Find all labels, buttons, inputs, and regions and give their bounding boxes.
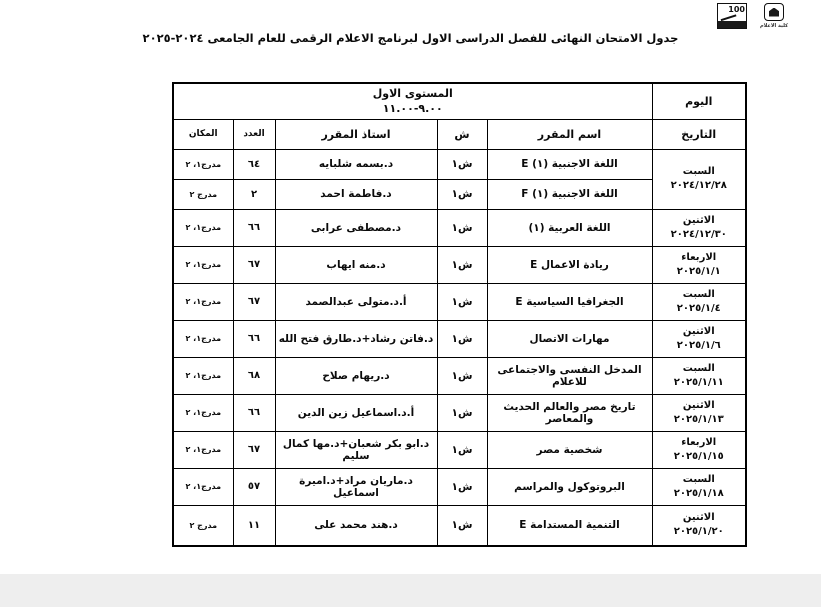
place-cell: مدرج١، ٢ (173, 209, 233, 246)
date-value: ٢٠٢٥/١/١ (655, 265, 744, 279)
course-cell: ريادة الاعمال E (487, 246, 652, 283)
exam-schedule-table: اليوم المستوى الاول ٩.٠٠-١١.٠٠ التاريخ ا… (172, 82, 747, 547)
place-cell: مدرج١، ٢ (173, 320, 233, 357)
count-cell: ٦٦ (233, 209, 275, 246)
count-header: العدد (233, 119, 275, 149)
day-name: الاثنين (655, 511, 744, 525)
date-cell: الاربعاء ٢٠٢٥/١/١٥ (652, 431, 746, 468)
place-cell: مدرج١، ٢ (173, 283, 233, 320)
faculty-emblem-building-icon (769, 8, 779, 17)
date-value: ٢٠٢٥/١/١٣ (655, 413, 744, 427)
professor-cell: د.منه ايهاب (275, 246, 437, 283)
table-row: السبت ٢٠٢٥/١/١١ المدخل النفسى والاجتماعى… (173, 357, 746, 394)
section-cell: ش١ (437, 209, 487, 246)
count-cell: ٢ (233, 179, 275, 209)
professor-cell: أ.د.متولى عبدالصمد (275, 283, 437, 320)
place-cell: مدرج١، ٢ (173, 149, 233, 179)
date-cell: الاثنين ٢٠٢٥/١/٦ (652, 320, 746, 357)
day-name: السبت (655, 473, 744, 487)
day-name: الاثنين (655, 399, 744, 413)
table-row: الاربعاء ٢٠٢٥/١/١ ريادة الاعمال E ش١ د.م… (173, 246, 746, 283)
section-cell: ش١ (437, 149, 487, 179)
section-cell: ش١ (437, 320, 487, 357)
date-value: ٢٠٢٥/١/١٥ (655, 450, 744, 464)
faculty-emblem-icon (764, 3, 784, 21)
level-time-range: ٩.٠٠-١١.٠٠ (176, 101, 650, 116)
table-row: الاثنين ٢٠٢٥/١/١٣ تاريخ مصر والعالم الحد… (173, 394, 746, 431)
place-cell: مدرج١، ٢ (173, 394, 233, 431)
professor-cell: د.فاتن رشاد+د.طارق فتح الله (275, 320, 437, 357)
professor-cell: د.ابو بكر شعبان+د.مها كمال سليم (275, 431, 437, 468)
day-name: السبت (655, 288, 744, 302)
professor-cell: د.فاطمة احمد (275, 179, 437, 209)
count-cell: ٦٨ (233, 357, 275, 394)
course-cell: المدخل النفسى والاجتماعى للاعلام (487, 357, 652, 394)
place-cell: مدرج١، ٢ (173, 246, 233, 283)
day-name: الاربعاء (655, 436, 744, 450)
place-header: المكان (173, 119, 233, 149)
day-name: الاربعاء (655, 251, 744, 265)
count-cell: ٦٤ (233, 149, 275, 179)
day-name: الاثنين (655, 325, 744, 339)
professor-cell: د.هند محمد على (275, 505, 437, 546)
course-cell: البروتوكول والمراسم (487, 468, 652, 505)
table-row: السبت ٢٠٢٥/١/١٨ البروتوكول والمراسم ش١ د… (173, 468, 746, 505)
course-cell: اللغة العربية (١) (487, 209, 652, 246)
count-cell: ٥٧ (233, 468, 275, 505)
professor-cell: د.ماريان مراد+د.اميرة اسماعيل (275, 468, 437, 505)
date-cell: السبت ٢٠٢٤/١٢/٢٨ (652, 149, 746, 209)
day-name: السبت (655, 362, 744, 376)
day-name: الاثنين (655, 214, 744, 228)
place-cell: مدرج ٢ (173, 179, 233, 209)
table-row: الاثنين ٢٠٢٤/١٢/٣٠ اللغة العربية (١) ش١ … (173, 209, 746, 246)
professor-cell: د.مصطفى عرابى (275, 209, 437, 246)
date-cell: الاربعاء ٢٠٢٥/١/١ (652, 246, 746, 283)
faculty-logo-caption: كلية الاعلام (760, 23, 788, 29)
level-title: المستوى الاول (176, 86, 650, 101)
count-cell: ٦٧ (233, 431, 275, 468)
course-cell: الجغرافيا السياسية E (487, 283, 652, 320)
document-page: 100 كلية الاعلام جدول الامتحان النهائى ل… (0, 0, 821, 607)
section-cell: ش١ (437, 394, 487, 431)
table-row: السبت ٢٠٢٥/١/٤ الجغرافيا السياسية E ش١ أ… (173, 283, 746, 320)
table-header-row-1: اليوم المستوى الاول ٩.٠٠-١١.٠٠ (173, 83, 746, 119)
table-row: الاثنين ٢٠٢٥/١/٢٠ التنمية المستدامة E ش١… (173, 505, 746, 546)
section-header: ش (437, 119, 487, 149)
place-cell: مدرج ٢ (173, 505, 233, 546)
professor-cell: أ.د.اسماعيل زين الدين (275, 394, 437, 431)
date-cell: السبت ٢٠٢٥/١/٤ (652, 283, 746, 320)
day-name: السبت (655, 165, 744, 179)
section-cell: ش١ (437, 357, 487, 394)
faculty-logo: كلية الاعلام (757, 3, 791, 29)
date-cell: السبت ٢٠٢٥/١/١١ (652, 357, 746, 394)
course-cell: مهارات الاتصال (487, 320, 652, 357)
document-title: جدول الامتحان النهائى للفصل الدراسى الاو… (0, 31, 821, 45)
date-header: التاريخ (652, 119, 746, 149)
section-cell: ش١ (437, 283, 487, 320)
section-cell: ش١ (437, 431, 487, 468)
section-cell: ش١ (437, 468, 487, 505)
professor-header: استاذ المقرر (275, 119, 437, 149)
section-cell: ش١ (437, 505, 487, 546)
date-cell: السبت ٢٠٢٥/١/١٨ (652, 468, 746, 505)
course-cell: شخصية مصر (487, 431, 652, 468)
date-cell: الاثنين ٢٠٢٥/١/١٣ (652, 394, 746, 431)
table-row: الاربعاء ٢٠٢٥/١/١٥ شخصية مصر ش١ د.ابو بك… (173, 431, 746, 468)
count-cell: ٦٦ (233, 394, 275, 431)
table-header-row-2: التاريخ اسم المقرر ش استاذ المقرر العدد … (173, 119, 746, 149)
table-row: الاثنين ٢٠٢٥/١/٦ مهارات الاتصال ش١ د.فات… (173, 320, 746, 357)
university-logo-100-text: 100 (728, 6, 745, 14)
professor-cell: د.بسمه شلبايه (275, 149, 437, 179)
university-logo: 100 (717, 3, 747, 29)
bottom-bar (0, 574, 821, 607)
section-cell: ش١ (437, 179, 487, 209)
place-cell: مدرج١، ٢ (173, 357, 233, 394)
date-value: ٢٠٢٤/١٢/٢٨ (655, 179, 744, 193)
table-row: السبت ٢٠٢٤/١٢/٢٨ اللغة الاجنبية (١) E ش١… (173, 149, 746, 179)
date-cell: الاثنين ٢٠٢٤/١٢/٣٠ (652, 209, 746, 246)
header-logos: 100 كلية الاعلام (717, 3, 791, 29)
count-cell: ٦٧ (233, 283, 275, 320)
course-cell: اللغة الاجنبية (١) F (487, 179, 652, 209)
course-cell: تاريخ مصر والعالم الحديث والمعاصر (487, 394, 652, 431)
university-logo-band (718, 21, 746, 28)
count-cell: ٦٧ (233, 246, 275, 283)
count-cell: ٦٦ (233, 320, 275, 357)
date-value: ٢٠٢٥/١/١٨ (655, 487, 744, 501)
level-header-cell: المستوى الاول ٩.٠٠-١١.٠٠ (173, 83, 652, 119)
count-cell: ١١ (233, 505, 275, 546)
date-value: ٢٠٢٤/١٢/٣٠ (655, 228, 744, 242)
date-value: ٢٠٢٥/١/٢٠ (655, 525, 744, 539)
course-header: اسم المقرر (487, 119, 652, 149)
date-value: ٢٠٢٥/١/٤ (655, 302, 744, 316)
section-cell: ش١ (437, 246, 487, 283)
place-cell: مدرج١، ٢ (173, 431, 233, 468)
place-cell: مدرج١، ٢ (173, 468, 233, 505)
professor-cell: د.ريهام صلاح (275, 357, 437, 394)
date-value: ٢٠٢٥/١/١١ (655, 376, 744, 390)
day-header: اليوم (652, 83, 746, 119)
date-cell: الاثنين ٢٠٢٥/١/٢٠ (652, 505, 746, 546)
date-value: ٢٠٢٥/١/٦ (655, 339, 744, 353)
course-cell: التنمية المستدامة E (487, 505, 652, 546)
course-cell: اللغة الاجنبية (١) E (487, 149, 652, 179)
